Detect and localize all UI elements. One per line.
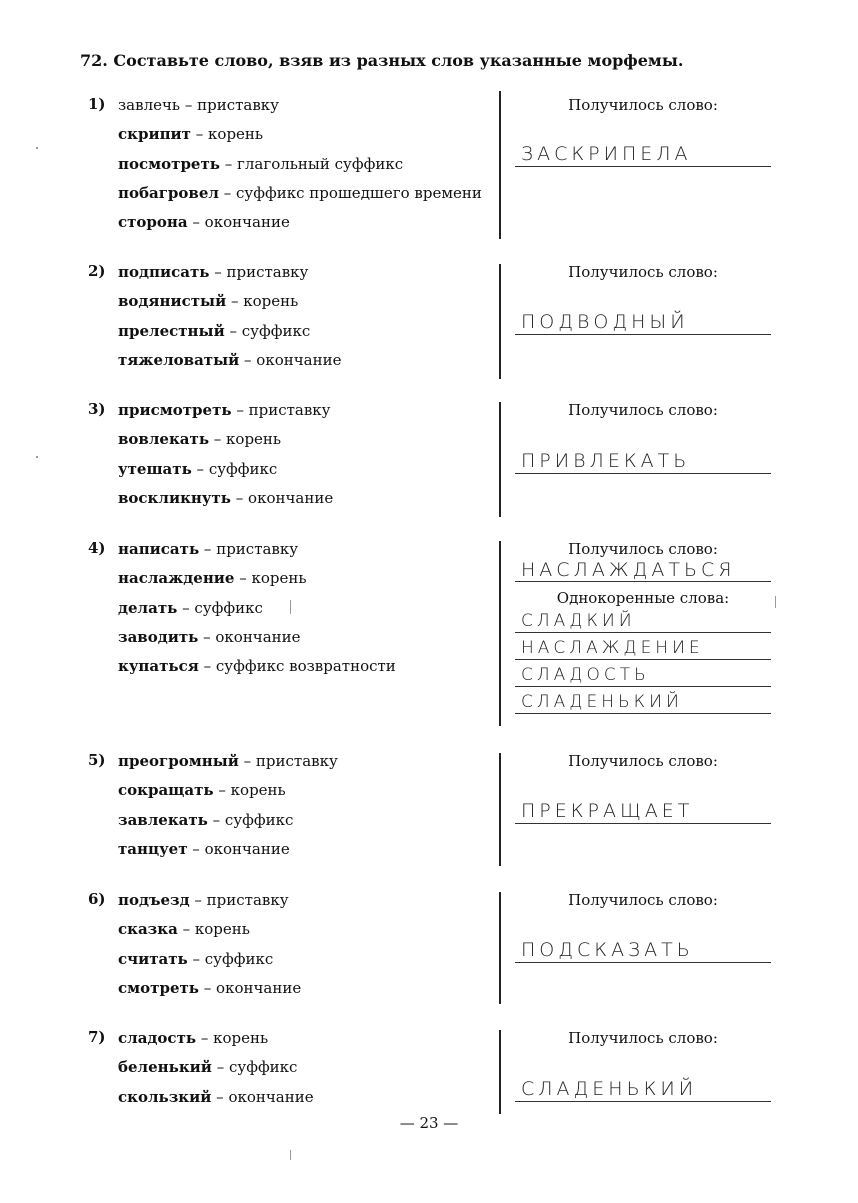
source-word: написать <box>118 540 199 558</box>
task-number: 3) <box>88 400 106 418</box>
answer-field[interactable]: ПОДВОДНЫЙ <box>515 308 771 335</box>
morpheme-list: подъезд – приставку сказка – корень счит… <box>118 890 301 1007</box>
cognate-field[interactable]: НАСЛАЖДЕНИЕ <box>515 633 771 660</box>
morpheme-item: водянистый – корень <box>118 291 341 320</box>
source-word: подписать <box>118 263 209 281</box>
morpheme-type: – суффикс <box>213 811 294 829</box>
source-word: тяжеловатый <box>118 351 239 369</box>
morpheme-item: купаться – суффикс возвратности <box>118 656 396 685</box>
scan-speck <box>775 596 776 608</box>
source-word: побагровел <box>118 184 219 202</box>
source-word: сторона <box>118 213 188 231</box>
answer-field[interactable]: ПРЕКРАЩАЕТ <box>515 797 771 824</box>
source-word: делать <box>118 599 177 617</box>
source-word: смотреть <box>118 979 199 997</box>
exercise-title: 72. Составьте слово, взяв из разных слов… <box>80 51 683 70</box>
answer-field[interactable]: ЗАСКРИПЕЛА <box>515 140 771 167</box>
morpheme-item: завлечь – приставку <box>118 95 482 124</box>
answer-field[interactable]: НАСЛАЖДАТЬСЯ <box>515 557 771 582</box>
answer-box: Получилось слово: ПРЕКРАЩАЕТ <box>515 751 771 824</box>
source-word: прелестный <box>118 322 225 340</box>
morpheme-type: – корень <box>231 292 298 310</box>
morpheme-type: – корень <box>196 125 263 143</box>
scan-speck <box>36 147 38 149</box>
cognate-field[interactable]: СЛАДЕНЬКИЙ <box>515 687 771 714</box>
answer-label: Получилось слово: <box>515 890 771 910</box>
morpheme-list: сладость – корень беленький – суффикс ск… <box>118 1028 314 1116</box>
morpheme-item: посмотреть – глагольный суффикс <box>118 154 482 183</box>
source-word: скользкий <box>118 1088 211 1106</box>
morpheme-type: – суффикс <box>197 460 278 478</box>
answer-label: Получилось слово: <box>515 400 771 420</box>
source-word: сказка <box>118 920 178 938</box>
answer-field[interactable]: ПРИВЛЕКАТЬ <box>515 447 771 474</box>
morpheme-item: скрипит – корень <box>118 124 482 153</box>
column-divider <box>499 91 501 239</box>
source-word: считать <box>118 950 188 968</box>
morpheme-item: смотреть – окончание <box>118 978 301 1007</box>
morpheme-item: написать – приставку <box>118 539 396 568</box>
morpheme-item: побагровел – суффикс прошедшего времени <box>118 183 482 212</box>
morpheme-item: присмотреть – приставку <box>118 400 333 429</box>
answer-label: Получилось слово: <box>515 95 771 115</box>
source-word: воскликнуть <box>118 489 231 507</box>
morpheme-item: подъезд – приставку <box>118 890 301 919</box>
column-divider <box>499 402 501 517</box>
morpheme-list: завлечь – приставку скрипит – корень пос… <box>118 95 482 241</box>
morpheme-item: беленький – суффикс <box>118 1057 314 1086</box>
column-divider <box>499 264 501 379</box>
answer-label: Получилось слово: <box>515 1028 771 1048</box>
column-divider <box>499 1030 501 1114</box>
morpheme-item: сказка – корень <box>118 919 301 948</box>
answer-box: Получилось слово: ПОДСКАЗАТЬ <box>515 890 771 963</box>
morpheme-type: – глагольный суффикс <box>225 155 403 173</box>
answer-box: Получилось слово: ПОДВОДНЫЙ <box>515 262 771 335</box>
morpheme-list: написать – приставку наслаждение – корен… <box>118 539 396 685</box>
morpheme-type: – корень <box>239 569 306 587</box>
answer-field[interactable]: СЛАДЕНЬКИЙ <box>515 1075 771 1102</box>
column-divider <box>499 892 501 1004</box>
morpheme-item: считать – суффикс <box>118 949 301 978</box>
answer-label: Получилось слово: <box>515 539 771 559</box>
source-word: беленький <box>118 1058 212 1076</box>
column-divider <box>499 541 501 726</box>
morpheme-type: – приставку <box>194 891 288 909</box>
source-word: преогромный <box>118 752 239 770</box>
task-number: 6) <box>88 890 106 908</box>
scan-speck <box>290 600 291 614</box>
morpheme-type: – корень <box>183 920 250 938</box>
morpheme-item: заводить – окончание <box>118 627 396 656</box>
answer-box: Получилось слово: ЗАСКРИПЕЛА <box>515 95 771 167</box>
morpheme-type: – окончание <box>203 628 300 646</box>
morpheme-item: прелестный – суффикс <box>118 321 341 350</box>
morpheme-list: подписать – приставку водянистый – корен… <box>118 262 341 379</box>
answer-label: Получилось слово: <box>515 751 771 771</box>
source-word: посмотреть <box>118 155 220 173</box>
morpheme-list: присмотреть – приставку вовлекать – коре… <box>118 400 333 517</box>
morpheme-item: сторона – окончание <box>118 212 482 241</box>
source-word: танцует <box>118 840 188 858</box>
morpheme-type: – суффикс прошедшего времени <box>224 184 482 202</box>
morpheme-type: – окончание <box>244 351 341 369</box>
source-word: завлечь <box>118 96 180 114</box>
morpheme-type: – окончание <box>192 213 289 231</box>
morpheme-type: – окончание <box>204 979 301 997</box>
answer-label: Получилось слово: <box>515 262 771 282</box>
morpheme-type: – окончание <box>236 489 333 507</box>
morpheme-item: подписать – приставку <box>118 262 341 291</box>
task-number: 7) <box>88 1028 106 1046</box>
morpheme-type: – корень <box>201 1029 268 1047</box>
cognate-field[interactable]: СЛАДОСТЬ <box>515 660 771 687</box>
morpheme-item: завлекать – суффикс <box>118 810 338 839</box>
morpheme-type: – приставку <box>244 752 338 770</box>
scan-speck <box>290 1150 291 1160</box>
cognates-label: Однокоренные слова: <box>515 588 771 608</box>
cognate-field[interactable]: СЛАДКИЙ <box>515 608 771 633</box>
morpheme-item: воскликнуть – окончание <box>118 488 333 517</box>
morpheme-item: преогромный – приставку <box>118 751 338 780</box>
answer-box: Получилось слово: ПРИВЛЕКАТЬ <box>515 400 771 474</box>
morpheme-item: делать – суффикс <box>118 598 396 627</box>
morpheme-type: – суффикс <box>229 322 310 340</box>
morpheme-type: – приставку <box>204 540 298 558</box>
morpheme-item: наслаждение – корень <box>118 568 396 597</box>
task-number: 5) <box>88 751 106 769</box>
source-word: утешать <box>118 460 192 478</box>
morpheme-type: – суффикс возвратности <box>204 657 396 675</box>
column-divider <box>499 753 501 866</box>
source-word: завлекать <box>118 811 208 829</box>
page-number: — 23 — <box>0 1114 858 1132</box>
source-word: присмотреть <box>118 401 232 419</box>
source-word: водянистый <box>118 292 226 310</box>
morpheme-item: утешать – суффикс <box>118 459 333 488</box>
task-number: 4) <box>88 539 106 557</box>
morpheme-type: – корень <box>214 430 281 448</box>
source-word: подъезд <box>118 891 190 909</box>
task-number: 1) <box>88 95 106 113</box>
morpheme-item: сладость – корень <box>118 1028 314 1057</box>
morpheme-item: вовлекать – корень <box>118 429 333 458</box>
morpheme-type: – окончание <box>192 840 289 858</box>
source-word: скрипит <box>118 125 191 143</box>
source-word: вовлекать <box>118 430 209 448</box>
answer-box: Получилось слово: НАСЛАЖДАТЬСЯ Однокорен… <box>515 539 771 714</box>
morpheme-type: – суффикс <box>217 1058 298 1076</box>
source-word: заводить <box>118 628 198 646</box>
morpheme-type: – корень <box>218 781 285 799</box>
morpheme-item: тяжеловатый – окончание <box>118 350 341 379</box>
morpheme-item: скользкий – окончание <box>118 1087 314 1116</box>
answer-box: Получилось слово: СЛАДЕНЬКИЙ <box>515 1028 771 1102</box>
source-word: наслаждение <box>118 569 234 587</box>
source-word: сладость <box>118 1029 196 1047</box>
morpheme-type: – приставку <box>185 96 279 114</box>
morpheme-type: – окончание <box>216 1088 313 1106</box>
morpheme-item: сокращать – корень <box>118 780 338 809</box>
source-word: сокращать <box>118 781 214 799</box>
morpheme-type: – приставку <box>214 263 308 281</box>
source-word: купаться <box>118 657 199 675</box>
morpheme-type: – суффикс <box>182 599 263 617</box>
task-number: 2) <box>88 262 106 280</box>
answer-field[interactable]: ПОДСКАЗАТЬ <box>515 936 771 963</box>
scan-speck <box>36 456 38 458</box>
morpheme-type: – суффикс <box>193 950 274 968</box>
morpheme-item: танцует – окончание <box>118 839 338 868</box>
morpheme-type: – приставку <box>236 401 330 419</box>
morpheme-list: преогромный – приставку сокращать – коре… <box>118 751 338 868</box>
